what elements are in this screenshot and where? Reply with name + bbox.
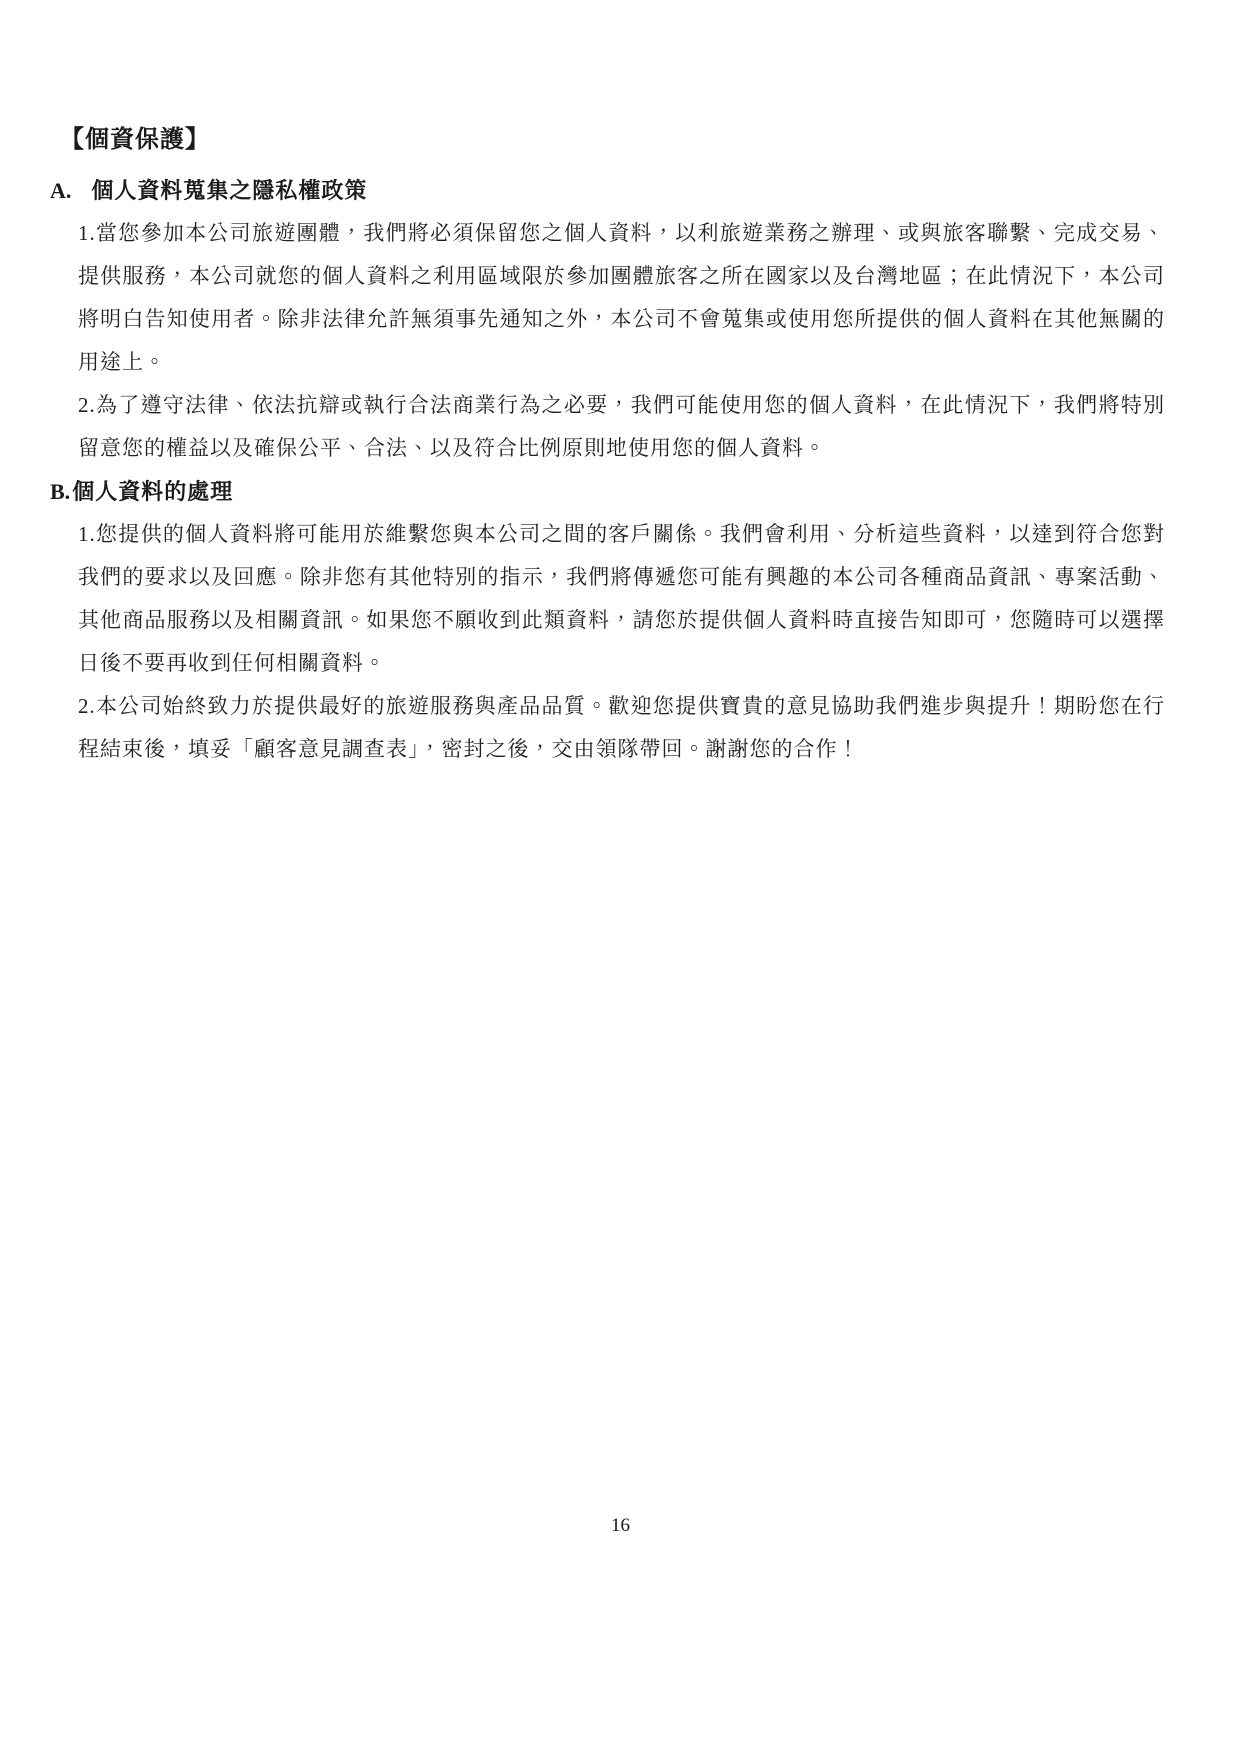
section-heading-b: B. 個人資料的處理 — [50, 470, 1165, 513]
paragraph-a2: 2.為了遵守法律、依法抗辯或執行合法商業行為之必要，我們可能使用您的個人資料，在… — [78, 384, 1165, 470]
document-page: 【個資保護】 A. 個人資料蒐集之隱私權政策 1.當您參加本公司旅遊團體，我們將… — [0, 0, 1241, 1755]
section-title-a: 個人資料蒐集之隱私權政策 — [91, 169, 367, 212]
section-label-b: B. — [50, 470, 70, 513]
section-label-a: A. — [50, 169, 71, 212]
paragraph-b2: 2.本公司始終致力於提供最好的旅遊服務與產品品質。歡迎您提供寶貴的意見協助我們進… — [78, 685, 1165, 771]
section-title-b: 個人資料的處理 — [72, 470, 233, 513]
page-title: 【個資保護】 — [60, 118, 1165, 161]
paragraph-b1: 1.您提供的個人資料將可能用於維繫您與本公司之間的客戶關係。我們會利用、分析這些… — [78, 513, 1165, 685]
section-heading-a: A. 個人資料蒐集之隱私權政策 — [50, 169, 1165, 212]
section-data-handling: B. 個人資料的處理 1.您提供的個人資料將可能用於維繫您與本公司之間的客戶關係… — [50, 470, 1165, 771]
paragraph-a1: 1.當您參加本公司旅遊團體，我們將必須保留您之個人資料，以利旅遊業務之辦理、或與… — [78, 212, 1165, 384]
section-privacy-policy: A. 個人資料蒐集之隱私權政策 1.當您參加本公司旅遊團體，我們將必須保留您之個… — [50, 169, 1165, 470]
page-number: 16 — [0, 1515, 1241, 1537]
